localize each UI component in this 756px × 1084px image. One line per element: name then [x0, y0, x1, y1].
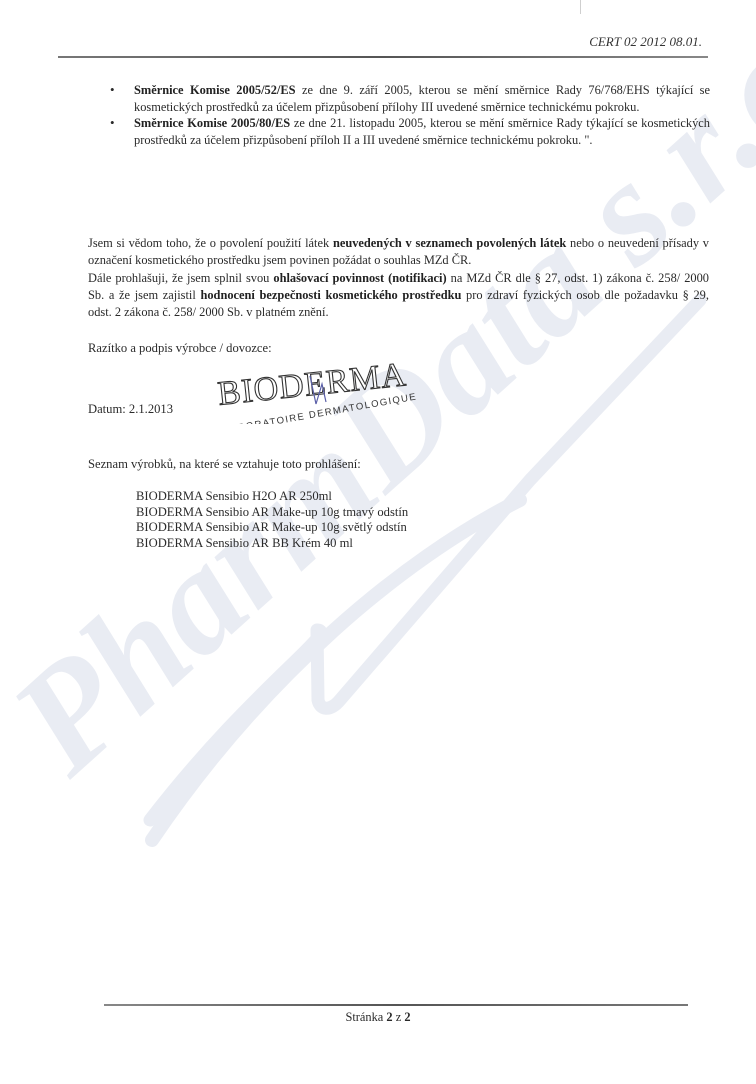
- page-separator: z: [396, 1010, 402, 1024]
- directive-title: Směrnice Komise 2005/80/ES: [134, 116, 290, 130]
- footer-divider: [104, 1004, 688, 1006]
- product-item: BIODERMA Sensibio H2O AR 250ml: [136, 489, 408, 505]
- product-list-intro: Seznam výrobků, na které se vztahuje tot…: [88, 457, 361, 472]
- page-total: 2: [404, 1010, 410, 1024]
- emphasis-run: neuvedených v seznamech povolených látek: [333, 236, 566, 250]
- bioderma-stamp: BIODERMA LABORATOIRE DERMATOLOGIQUE: [212, 354, 432, 424]
- product-item: BIODERMA Sensibio AR BB Krém 40 ml: [136, 536, 408, 552]
- text-run: Dále prohlašuji, že jsem splnil svou: [88, 271, 273, 285]
- bullet-icon: •: [110, 115, 115, 132]
- emphasis-run: hodnocení bezpečnosti kosmetického prost…: [200, 288, 461, 302]
- page-number: Stránka 2 z 2: [0, 1010, 756, 1025]
- page-label: Stránka: [345, 1010, 383, 1024]
- declaration-paragraph-2: Dále prohlašuji, že jsem splnil svou ohl…: [88, 270, 709, 320]
- document-reference: CERT 02 2012 08.01.: [589, 34, 702, 50]
- text-run: Jsem si vědom toho, že o povolení použit…: [88, 236, 333, 250]
- emphasis-run: ohlašovací povinnost (notifikaci): [273, 271, 446, 285]
- signature-date: Datum: 2.1.2013: [88, 402, 173, 417]
- product-item: BIODERMA Sensibio AR Make-up 10g tmavý o…: [136, 505, 408, 521]
- declaration-paragraph-1: Jsem si vědom toho, že o povolení použit…: [88, 235, 709, 269]
- scan-artifact-line: [580, 0, 581, 14]
- page-current: 2: [386, 1010, 392, 1024]
- directive-item: • Směrnice Komise 2005/80/ES ze dne 21. …: [110, 115, 710, 148]
- directive-list: • Směrnice Komise 2005/52/ES ze dne 9. z…: [110, 82, 710, 148]
- directive-title: Směrnice Komise 2005/52/ES: [134, 83, 296, 97]
- product-item: BIODERMA Sensibio AR Make-up 10g světlý …: [136, 520, 408, 536]
- directive-item: • Směrnice Komise 2005/52/ES ze dne 9. z…: [110, 82, 710, 115]
- product-list: BIODERMA Sensibio H2O AR 250ml BIODERMA …: [136, 489, 408, 551]
- header-divider: [58, 56, 708, 58]
- bullet-icon: •: [110, 82, 115, 99]
